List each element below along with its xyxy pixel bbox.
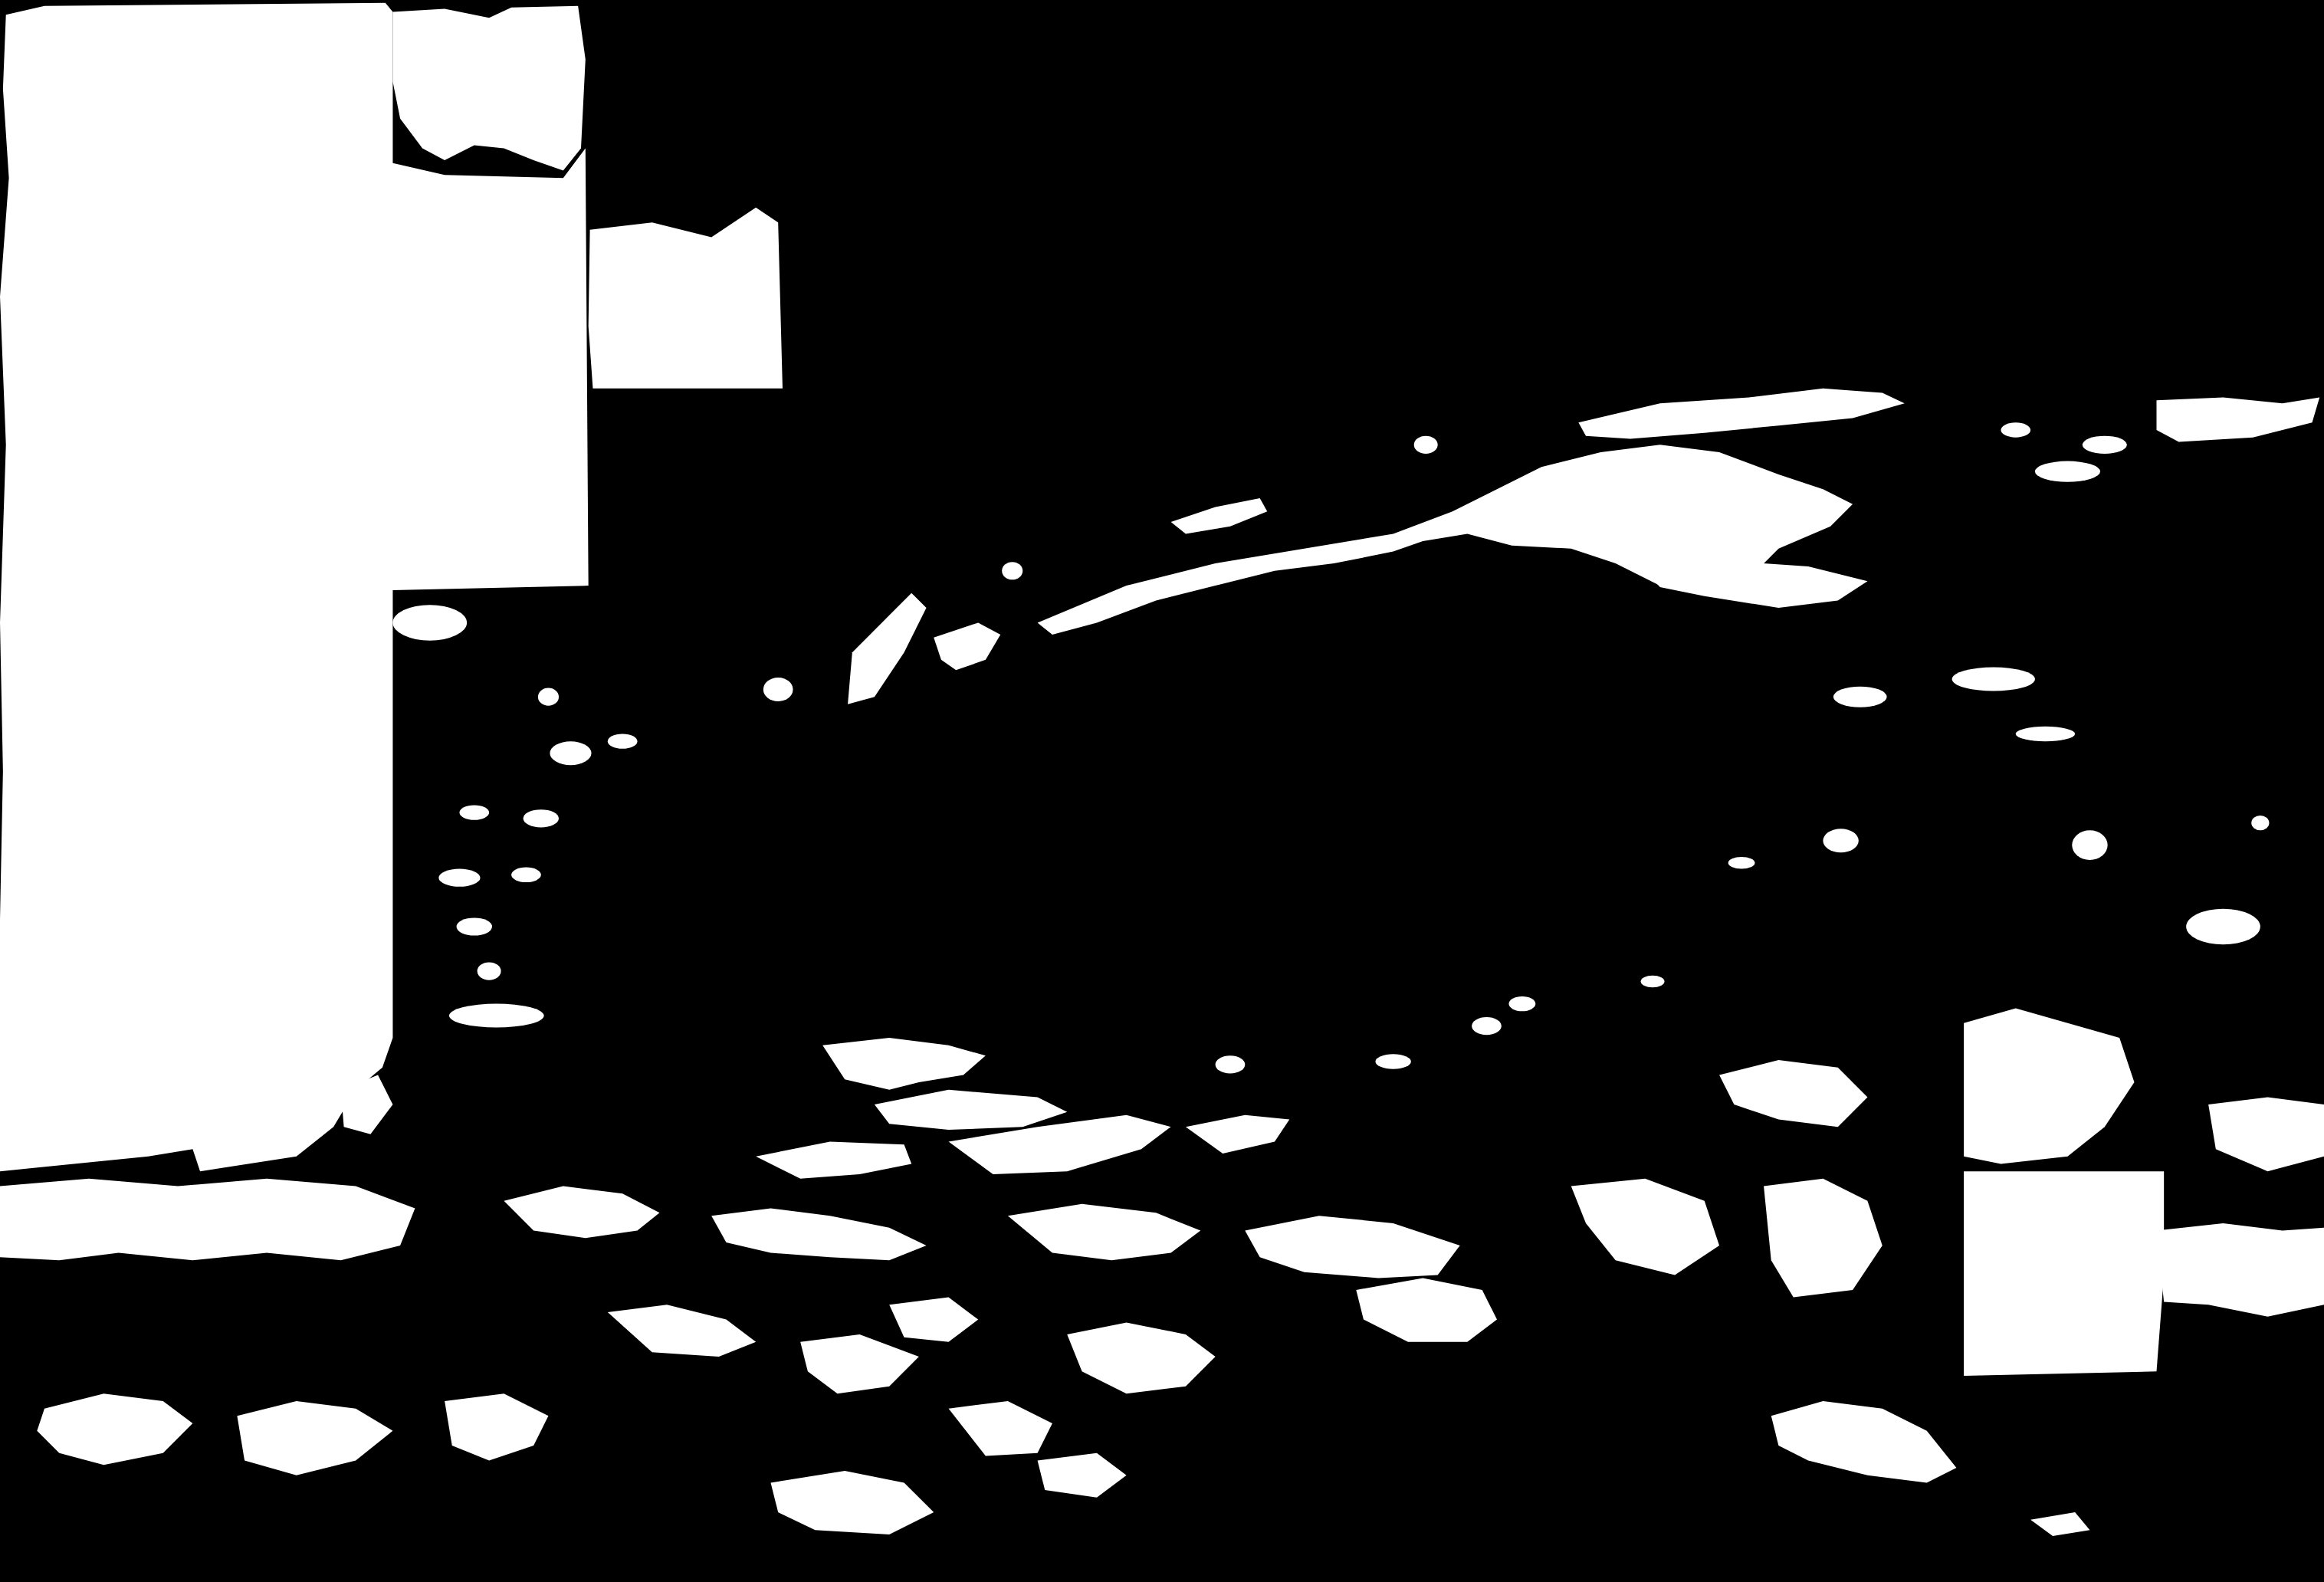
binarized-image <box>0 0 2324 1582</box>
